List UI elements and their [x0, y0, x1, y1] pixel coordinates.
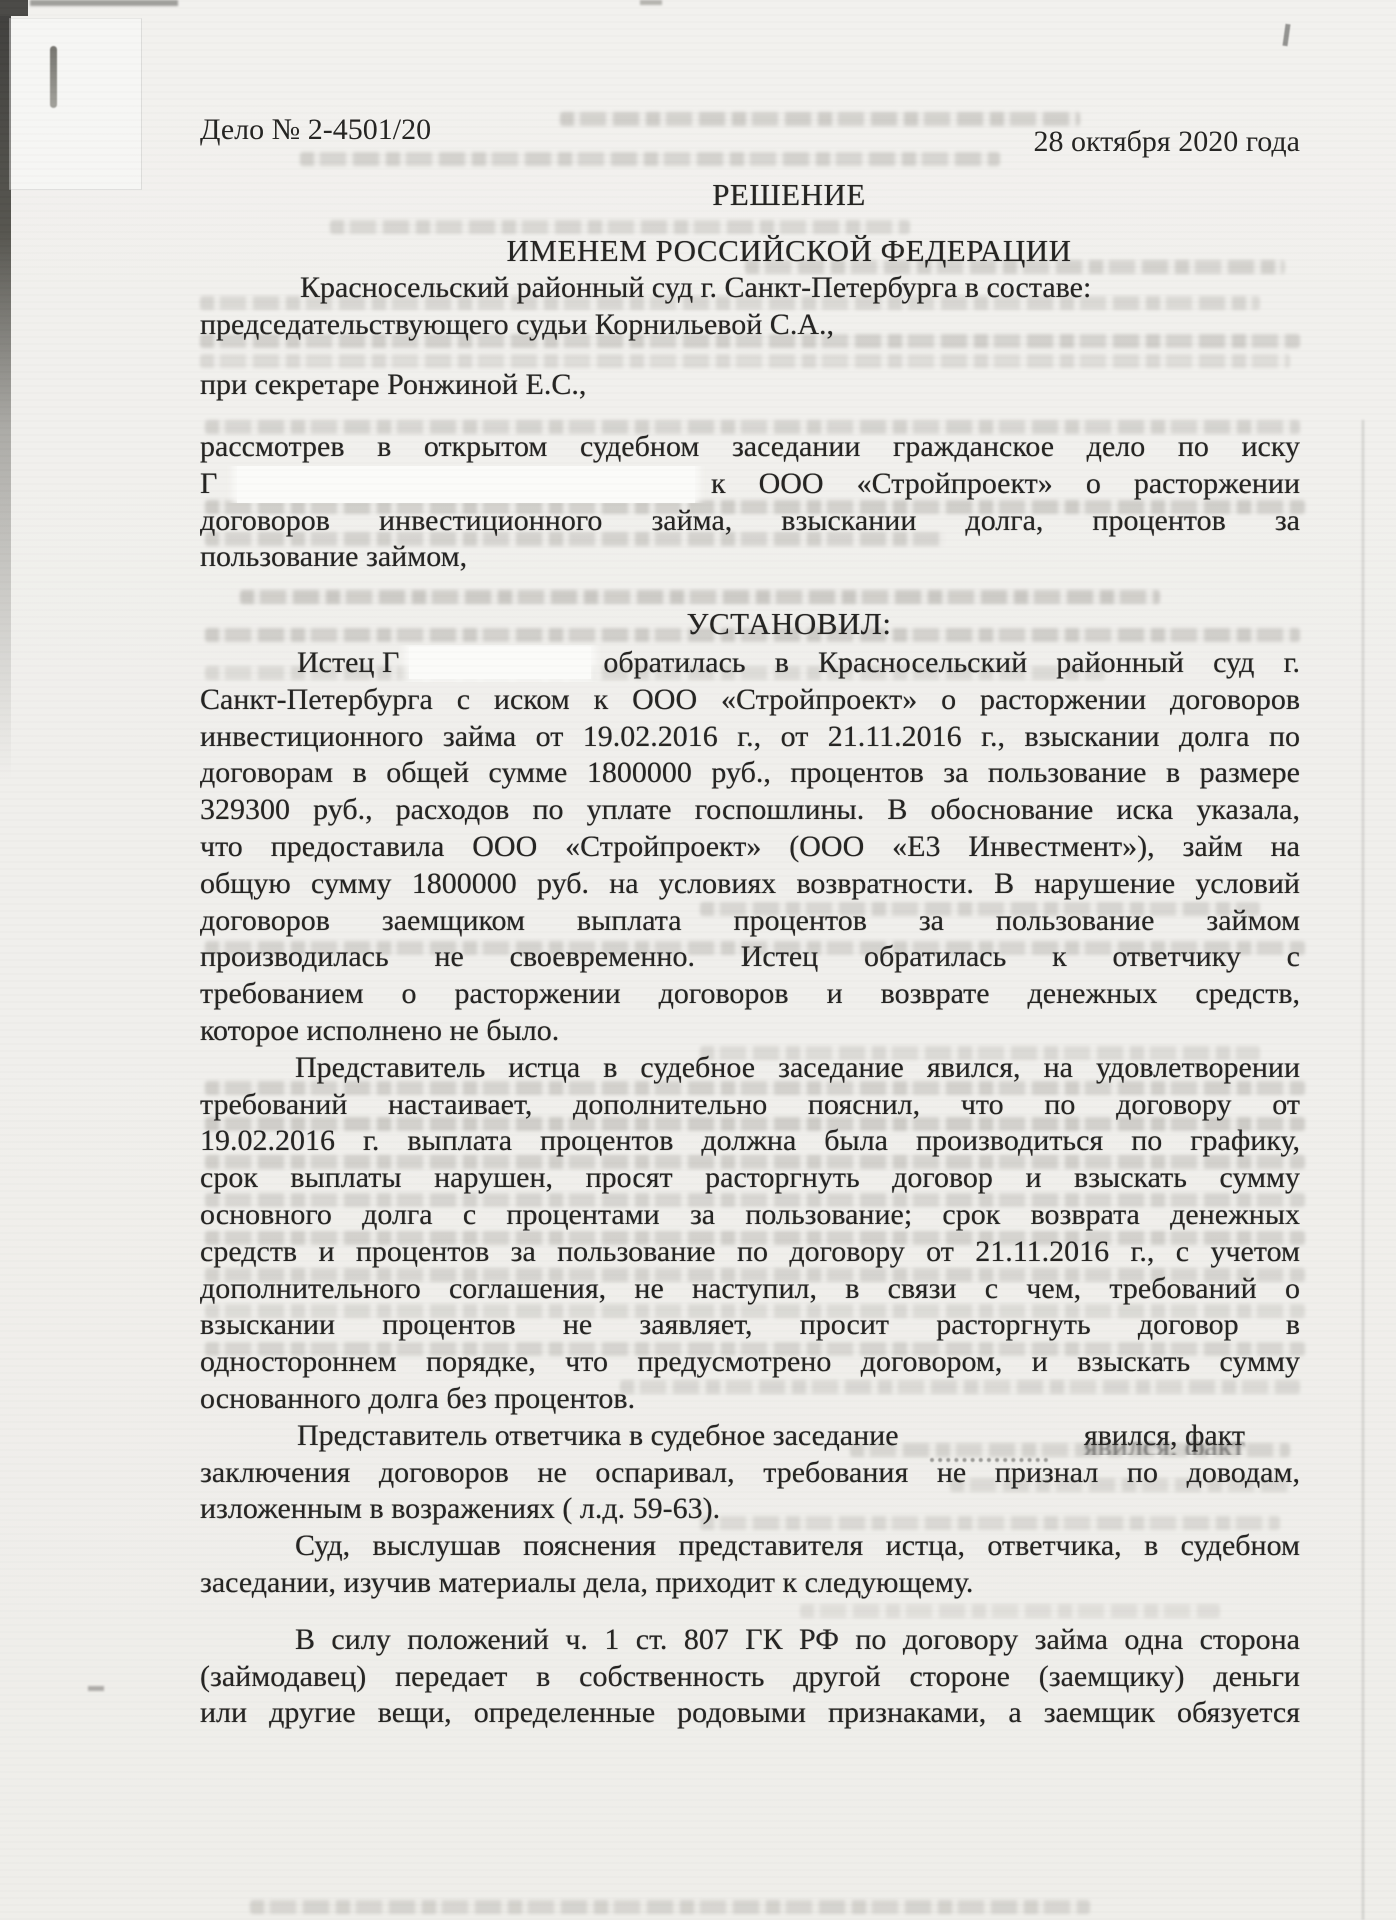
text-line: 19.02.2016 г. выплата процентов должна б… — [200, 1123, 1300, 1160]
text-line: заключения договоров не оспаривал, требо… — [200, 1455, 1300, 1492]
secretary-line: при секретаре Ронжиной Е.С., — [200, 367, 1300, 404]
page-edge-line — [1362, 420, 1364, 1920]
paragraph-defendant-position: заключения договоров не оспаривал, требо… — [200, 1455, 1300, 1529]
paragraph-plaintiff-position: Представитель истца в судебное заседание… — [200, 1050, 1300, 1418]
text-line: договорам в общей сумме 1800000 руб., пр… — [200, 755, 1300, 792]
plaintiff-lead-suffix: обратилась в Красносельский районный суд… — [603, 645, 1300, 682]
text-line: (займодавец) передает в собственность др… — [200, 1659, 1300, 1696]
decision-body: Истец Г обратилась в Красносельский райо… — [200, 645, 1300, 1732]
paragraph-court-transition: Суд, выслушав пояснения представителя ис… — [200, 1528, 1300, 1602]
scan-corner-blotch — [0, 0, 28, 16]
defendant-lead-text: Представитель ответчика в судебное засед… — [297, 1418, 899, 1455]
text-line: Суд, выслушав пояснения представителя ис… — [200, 1528, 1300, 1565]
redaction-box — [409, 647, 591, 679]
text-line: договоров заемщиком выплата процентов за… — [200, 903, 1300, 940]
plaintiff-appeal-line: Истец Г обратилась в Красносельский райо… — [200, 645, 1300, 682]
redaction-box — [237, 466, 695, 503]
text-line: 329300 руб., расходов по уплате госпошли… — [200, 792, 1300, 829]
paragraph-law-citation: В силу положений ч. 1 ст. 807 ГК РФ по д… — [200, 1622, 1300, 1732]
text-line: одностороннем порядке, что предусмотрено… — [200, 1344, 1300, 1381]
established-heading: УСТАНОВИЛ: — [200, 605, 1300, 643]
defendant-representative-line: Представитель ответчика в судебное засед… — [200, 1418, 1300, 1455]
text-line: Представитель истца в судебное заседание… — [200, 1050, 1300, 1087]
paragraph-claims: Санкт-Петербурга с иском к ООО «Стройпро… — [200, 682, 1300, 1050]
pen-mark — [50, 46, 57, 108]
plaintiff-initial: Г — [200, 466, 217, 503]
scanned-court-decision-page: Дело № 2-4501/20 28 октября 2020 года РЕ… — [0, 0, 1396, 1920]
text-line: требованием о расторжении договоров и во… — [200, 976, 1300, 1013]
decision-date: 28 октября 2020 года — [1033, 124, 1300, 160]
text-line: срок выплаты нарушен, просят расторгнуть… — [200, 1160, 1300, 1197]
plaintiff-line: Г к ООО «Стройпроект» о расторжении — [200, 466, 1300, 503]
text-line: общую сумму 1800000 руб. на условиях воз… — [200, 866, 1300, 903]
decision-title: РЕШЕНИЕ — [200, 176, 1300, 214]
court-composition-line: Красносельский районный суд г. Санкт-Пет… — [200, 270, 1300, 307]
paragraph-gap — [200, 1602, 1300, 1622]
text-line: требований настаивает, дополнительно поя… — [200, 1087, 1300, 1124]
defendant-text: к ООО «Стройпроект» о расторжении — [711, 466, 1300, 503]
text-line: или другие вещи, определенные родовыми п… — [200, 1695, 1300, 1732]
plaintiff-lead-prefix: Истец Г — [297, 645, 399, 682]
scan-speck — [30, 0, 178, 6]
text-line: взыскании процентов не заявляет, просит … — [200, 1307, 1300, 1344]
folded-corner-mark — [9, 18, 142, 190]
scan-speck — [88, 1686, 104, 1691]
text-line: основанного долга без процентов. — [200, 1381, 1300, 1418]
text-line: инвестиционного займа от 19.02.2016 г., … — [200, 719, 1300, 756]
text-line: договоров инвестиционного займа, взыскан… — [200, 503, 1300, 540]
case-number: Дело № 2-4501/20 — [200, 112, 431, 148]
text-line: производилась не своевременно. Истец обр… — [200, 939, 1300, 976]
text-line: заседании, изучив материалы дела, приход… — [200, 1565, 1300, 1602]
text-line: основного долга с процентами за пользова… — [200, 1197, 1300, 1234]
case-intro-block: рассмотрев в открытом судебном заседании… — [200, 429, 1300, 576]
smudged-print-text: явился, факт — [1084, 1418, 1245, 1455]
text-column: Дело № 2-4501/20 28 октября 2020 года РЕ… — [200, 0, 1300, 1920]
text-line: рассмотрев в открытом судебном заседании… — [200, 429, 1300, 466]
text-line: которое исполнено не было. — [200, 1013, 1300, 1050]
judge-line: председательствующего судьи Корнильевой … — [200, 307, 1300, 344]
text-line: что предоставила ООО «Стройпроект» (ООО … — [200, 829, 1300, 866]
text-line: дополнительного соглашения, не наступил,… — [200, 1271, 1300, 1308]
in-the-name-title: ИМЕНЕМ РОССИЙСКОЙ ФЕДЕРАЦИИ — [200, 232, 1300, 270]
text-line: средств и процентов за пользование по до… — [200, 1234, 1300, 1271]
text-line: изложенным в возражениях ( л.д. 59-63). — [200, 1491, 1300, 1528]
text-line: пользование займом, — [200, 539, 1300, 576]
text-line: В силу положений ч. 1 ст. 807 ГК РФ по д… — [200, 1622, 1300, 1659]
text-line: Санкт-Петербурга с иском к ООО «Стройпро… — [200, 682, 1300, 719]
